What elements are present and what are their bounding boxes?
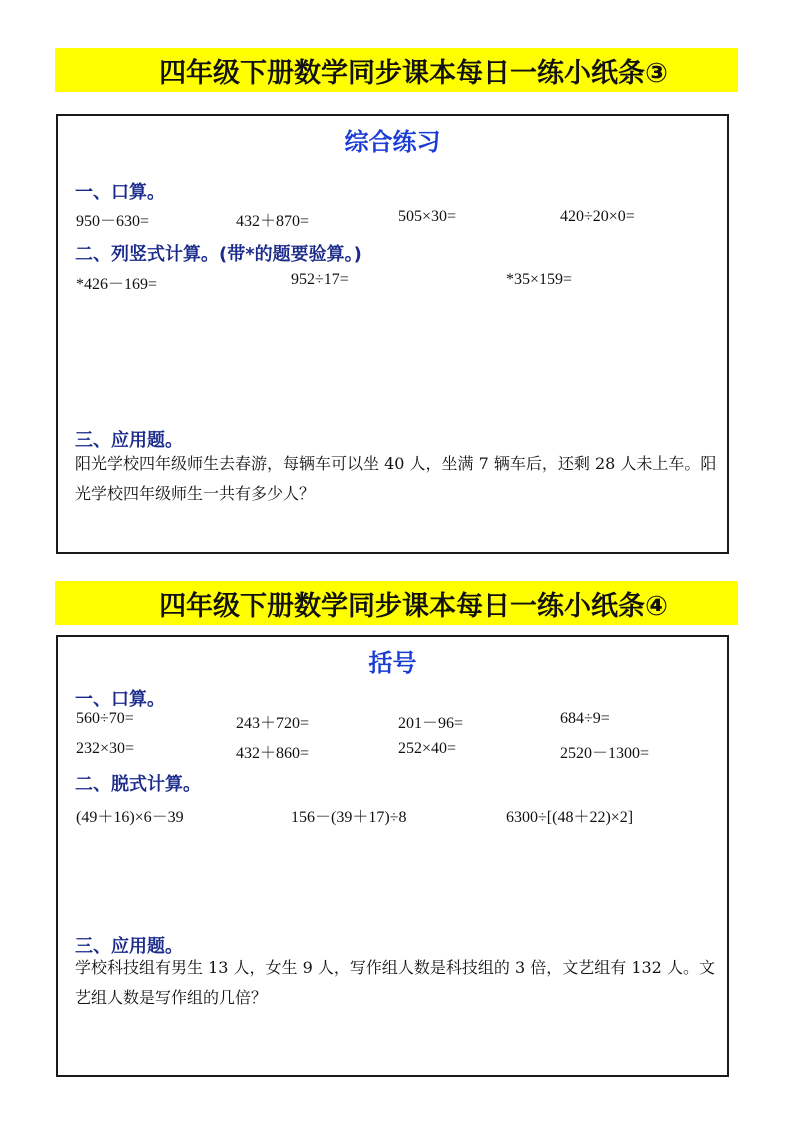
strip-4-banner-title: 四年级下册数学同步课本每日一练小纸条④ bbox=[125, 584, 668, 623]
strip-3-oral-3: 505×30= bbox=[398, 208, 456, 226]
strip-4-stepwise-2: 156－(39＋17)÷8 bbox=[291, 804, 406, 827]
strip-4-section2-heading: 二、脱式计算。 bbox=[75, 770, 201, 796]
strip-4-oral-7: 252×40= bbox=[398, 740, 456, 758]
strip-4-banner: 四年级下册数学同步课本每日一练小纸条④ bbox=[55, 581, 738, 625]
strip-4-oral-3: 201－96= bbox=[398, 710, 463, 733]
strip-4-stepwise-1: (49＋16)×6－39 bbox=[76, 804, 184, 827]
strip-4-section1-heading: 一、口算。 bbox=[75, 685, 165, 711]
strip-4-stepwise-3: 6300÷[(48＋22)×2] bbox=[506, 804, 633, 827]
strip-3-card: 综合练习 一、口算。 950－630= 432＋870= 505×30= 420… bbox=[56, 114, 729, 554]
strip-4-oral-1: 560÷70= bbox=[76, 710, 134, 728]
strip-3-card-title: 综合练习 bbox=[58, 122, 727, 157]
strip-3-vertical-1: *426－169= bbox=[76, 271, 157, 294]
strip-3-banner-title: 四年级下册数学同步课本每日一练小纸条③ bbox=[125, 51, 668, 90]
strip-3-vertical-2: 952÷17= bbox=[291, 271, 349, 289]
strip-3-section2-heading: 二、列竖式计算。(带*的题要验算。) bbox=[75, 240, 362, 266]
strip-3-section1-heading: 一、口算。 bbox=[75, 178, 165, 204]
strip-3-oral-2: 432＋870= bbox=[236, 208, 309, 231]
strip-3-oral-1: 950－630= bbox=[76, 208, 149, 231]
strip-4-oral-5: 232×30= bbox=[76, 740, 134, 758]
strip-4-oral-6: 432＋860= bbox=[236, 740, 309, 763]
strip-4-oral-8: 2520－1300= bbox=[560, 740, 649, 763]
strip-4-oral-2: 243＋720= bbox=[236, 710, 309, 733]
strip-3-word-problem: 阳光学校四年级师生去春游，每辆车可以坐 40 人，坐满 7 辆车后，还剩 28 … bbox=[75, 449, 725, 509]
strip-4-word-problem: 学校科技组有男生 13 人，女生 9 人，写作组人数是科技组的 3 倍，文艺组有… bbox=[75, 953, 725, 1013]
strip-3-banner: 四年级下册数学同步课本每日一练小纸条③ bbox=[55, 48, 738, 92]
strip-4-card-title: 括号 bbox=[58, 643, 727, 678]
strip-3-oral-4: 420÷20×0= bbox=[560, 208, 635, 226]
strip-4-card: 括号 一、口算。 560÷70= 243＋720= 201－96= 684÷9=… bbox=[56, 635, 729, 1077]
strip-4-oral-4: 684÷9= bbox=[560, 710, 610, 728]
strip-3-vertical-3: *35×159= bbox=[506, 271, 572, 289]
